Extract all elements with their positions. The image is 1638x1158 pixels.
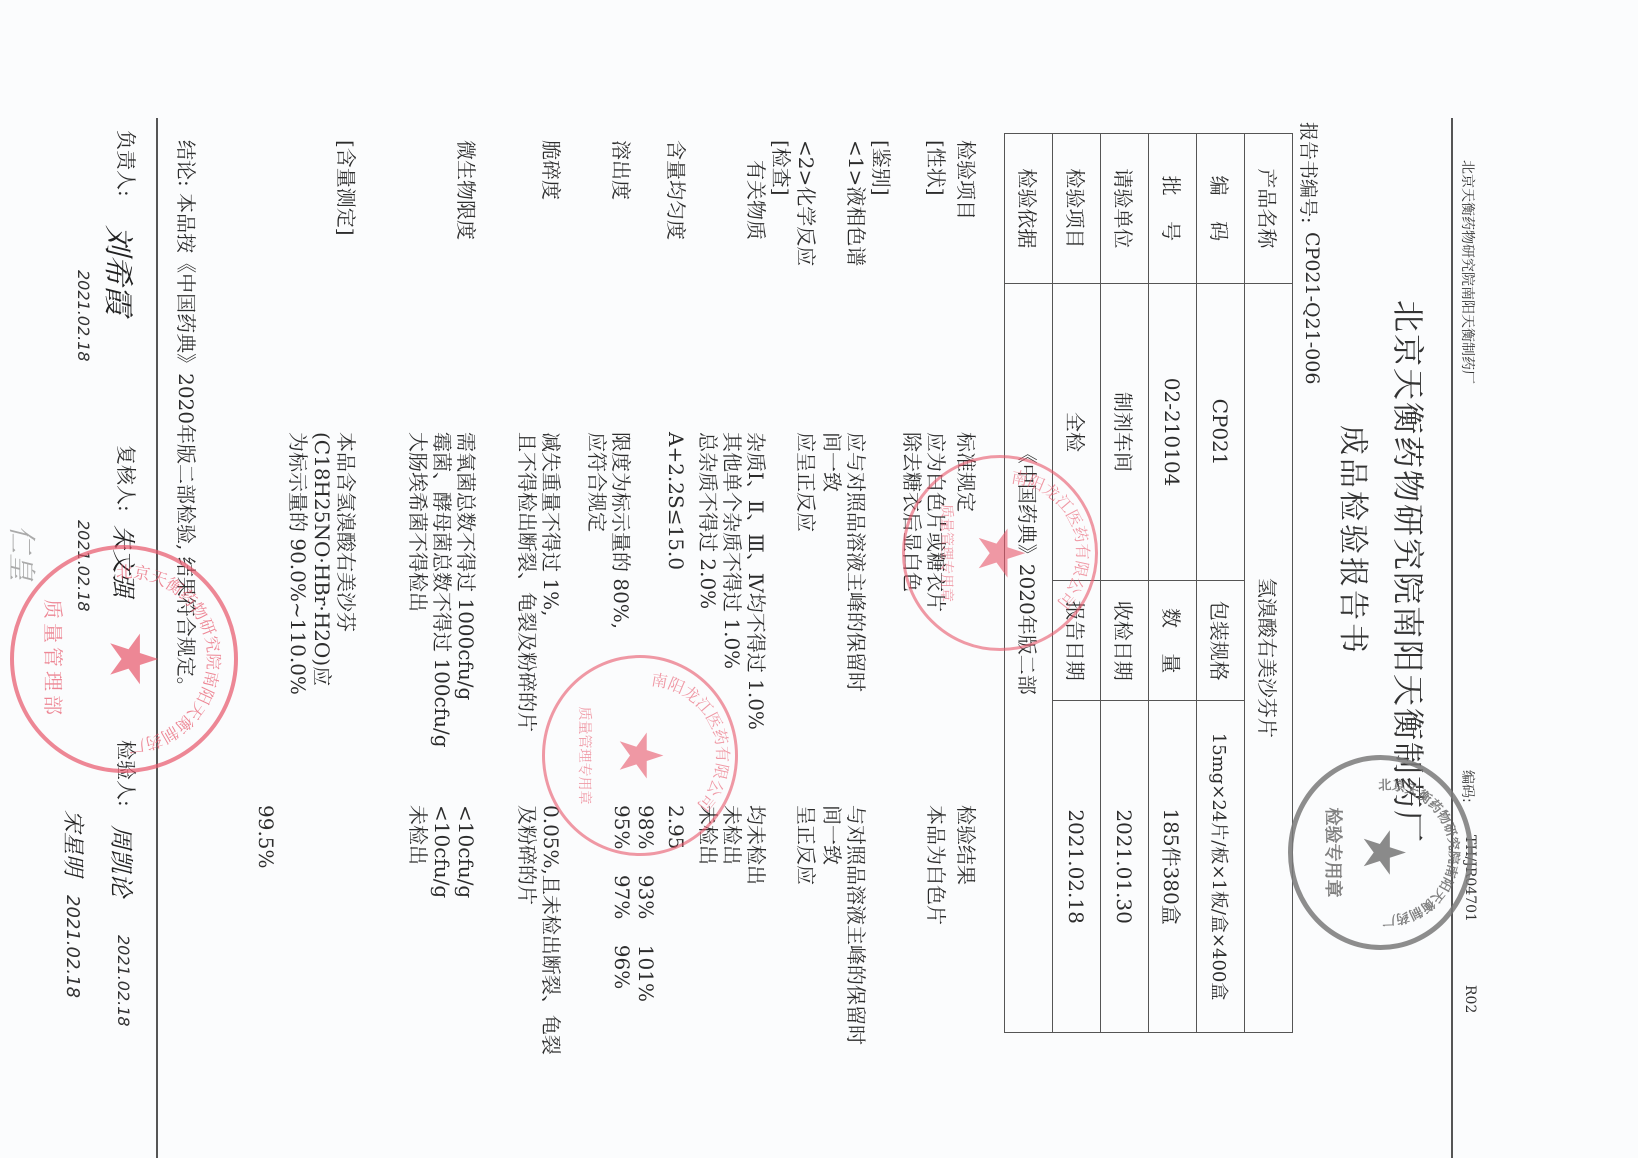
basis-value: 《中国药典》2020年版二部	[1005, 283, 1053, 1032]
result-line: 未检出	[406, 805, 430, 898]
margin-note: 仁皇	[3, 525, 43, 581]
standard-line: 需氧菌总数不得过 1000cfu/g	[454, 432, 478, 748]
result-value: 均未检出未检出未检出	[696, 805, 768, 885]
result-line: 98% 93% 101%	[634, 805, 658, 1002]
standard-line: 除去糖衣后显白色	[900, 432, 924, 612]
standard-line: (C18H25NO·HBr·H2O)应	[310, 432, 334, 695]
inspector2-signature: 宋星明	[59, 810, 90, 876]
result-item-label: 含量均匀度	[664, 140, 688, 240]
result-standard: 应与对照品溶液主峰的保留时间一致	[820, 432, 868, 692]
result-item-label: 微生物限度	[454, 140, 478, 240]
result-line: 呈正反应	[794, 805, 818, 885]
inspection-report-page: 北京天衡药物研究院南阳天衡制药厂 编码: TH/JR04701 R02 北京天衡…	[0, 0, 1638, 1158]
result-standard: 应呈正反应	[794, 432, 818, 532]
received-date-label: 收检日期	[1101, 581, 1149, 701]
standard-line: 应与对照品溶液主峰的保留时	[844, 432, 868, 692]
result-standard: 应为白色片或糖衣片除去糖衣后显白色	[900, 432, 948, 612]
header-code-label: 编码:	[1458, 770, 1478, 803]
standard-line: 应符合规定	[585, 432, 609, 629]
result-line: 99.5%	[254, 805, 278, 869]
info-table: 产品名称 氢溴酸右美沙芬片 编 码 CP021 包装规格 15mg×24片/板×…	[1004, 133, 1293, 1033]
code-label: 编 码	[1197, 134, 1245, 284]
page-subtitle: 成品检验报告书	[1334, 425, 1378, 656]
standard-line: 减失重量不得过 1%,	[539, 432, 563, 732]
result-item-label: [检查]	[769, 140, 793, 196]
header-rule	[1452, 118, 1454, 1158]
standard-line: 为标示量的 90.0%~110.0%	[286, 432, 310, 695]
result-item-label: [鉴别]	[869, 140, 893, 196]
requester-label: 请验单位	[1101, 134, 1149, 284]
result-line: 均未检出	[744, 805, 768, 885]
dissolution-seal-text: 质量管理专用章	[575, 658, 595, 853]
standard-line: 应为白色片或糖衣片	[924, 432, 948, 612]
quantity-value: 185件380盒	[1149, 701, 1197, 1033]
standard-line: A+2.2S≤15.0	[664, 432, 688, 570]
quantity-label: 数 量	[1149, 581, 1197, 701]
result-value: 99.5%	[254, 805, 278, 869]
test-items-label: 检验项目	[1053, 134, 1101, 284]
report-date-label: 报告日期	[1053, 581, 1101, 701]
result-item-label: [性状]	[924, 140, 948, 196]
result-value: 与对照品溶液主峰的保留时间一致	[820, 805, 868, 1045]
result-line: 及粉碎的片	[515, 805, 539, 1055]
result-value: 2.95	[664, 805, 688, 850]
result-standard: A+2.2S≤15.0	[664, 432, 688, 570]
batch-label: 批 号	[1149, 134, 1197, 284]
result-value: <10cfu/g<10cfu/g未检出	[406, 805, 478, 898]
standard-line: 杂质Ⅰ、Ⅱ、Ⅲ、Ⅳ均不得过 1.0%	[744, 432, 768, 730]
conclusion: 结论: 本品按《中国药典》2020年版二部检验, 结果符合规定。	[174, 140, 198, 697]
qa-seal-text: 质量管理部	[40, 549, 69, 769]
inspector-label: 检验人:	[114, 740, 138, 807]
result-value: 呈正反应	[794, 805, 818, 885]
standard-line: 且不得检出断裂、龟裂及粉碎的片	[515, 432, 539, 732]
result-item-label: [含量测定]	[334, 140, 358, 236]
result-standard: 需氧菌总数不得过 1000cfu/g霉菌、酵母菌总数不得过 100cfu/g大肠…	[406, 432, 478, 748]
report-date-value: 2021.02.18	[1053, 701, 1101, 1033]
standard-line: 大肠埃希菌不得检出	[406, 432, 430, 748]
result-item-label: <1>液相色谱	[844, 140, 868, 266]
product-name-value: 氢溴酸右美沙芬片	[1245, 283, 1293, 1032]
result-standard: 限度为标示量的 80%,应符合规定	[585, 432, 633, 629]
result-line: 与对照品溶液主峰的保留时	[844, 805, 868, 1045]
report-number: CP021-Q21-006	[1301, 232, 1323, 384]
result-line: 2.95	[664, 805, 688, 850]
header-code-value: TH/JR04701	[1462, 835, 1478, 922]
result-value: 本品为白色片	[924, 805, 948, 925]
reviewer-date: 2021.02.18	[74, 520, 93, 612]
code-value: CP021	[1197, 283, 1245, 580]
standard-line: 间一致	[820, 432, 844, 692]
standard-line: 本品含氢溴酸右美沙芬	[334, 432, 358, 695]
requester-value: 制剂车间	[1101, 283, 1149, 580]
result-line: 95% 97% 96%	[610, 805, 634, 1002]
report-number-label: 报告书编号:	[1296, 122, 1323, 223]
header-company: 北京天衡药物研究院南阳天衡制药厂	[1458, 160, 1478, 384]
received-date-value: 2021.01.30	[1101, 701, 1149, 1033]
col-header-item: 检验项目	[954, 140, 978, 220]
result-line: 0.05%,且未检出断裂、龟裂	[539, 805, 563, 1055]
package-label: 包装规格	[1197, 581, 1245, 701]
batch-value: 02-210104	[1149, 283, 1197, 580]
result-line: 间一致	[820, 805, 844, 1045]
standard-line: 其他单个杂质不得过 1.0%	[720, 432, 744, 730]
result-line: <10cfu/g	[430, 805, 454, 898]
inspector-signature: 周凯论	[106, 825, 141, 897]
footer-rule	[157, 118, 159, 1158]
col-header-standard: 标准规定	[954, 432, 978, 512]
responsible-label: 负责人:	[114, 130, 138, 197]
package-value: 15mg×24片/板×1板/盒×400盒	[1197, 701, 1245, 1033]
standard-line: 限度为标示量的 80%,	[609, 432, 633, 629]
reviewer-signature: 朱文强	[108, 525, 143, 597]
responsible-signature: 刘希霞	[99, 225, 143, 315]
product-name-label: 产品名称	[1245, 134, 1293, 284]
col-header-result: 检验结果	[954, 805, 978, 885]
inspection-seal-text: 检验专用章	[1321, 760, 1347, 945]
result-line: 未检出	[720, 805, 744, 885]
result-item-label: 溶出度	[609, 140, 633, 200]
result-value: 0.05%,且未检出断裂、龟裂及粉碎的片	[515, 805, 563, 1055]
result-item-label: 脆碎度	[539, 140, 563, 200]
result-standard: 本品含氢溴酸右美沙芬(C18H25NO·HBr·H2O)应为标示量的 90.0%…	[286, 432, 358, 695]
test-items-value: 全检	[1053, 283, 1101, 580]
page-title: 北京天衡药物研究院南阳天衡制药厂	[1387, 300, 1433, 844]
result-line: 本品为白色片	[924, 805, 948, 925]
result-item-label: <2>化学反应	[794, 140, 818, 266]
result-standard: 杂质Ⅰ、Ⅱ、Ⅲ、Ⅳ均不得过 1.0%其他单个杂质不得过 1.0%总杂质不得过 2…	[696, 432, 768, 730]
standard-line: 应呈正反应	[794, 432, 818, 532]
star-icon: ★	[94, 629, 171, 688]
standard-line: 霉菌、酵母菌总数不得过 100cfu/g	[430, 432, 454, 748]
reviewer-label: 复核人:	[114, 445, 138, 512]
result-line: 未检出	[696, 805, 720, 885]
star-icon: ★	[605, 729, 675, 783]
result-line: <10cfu/g	[454, 805, 478, 898]
result-value: 98% 93% 101%95% 97% 96%	[610, 805, 658, 1002]
inspection-seal-gray: 北京天衡药物研究院南阳天衡制药厂 ★ 检验专用章	[1288, 755, 1473, 950]
inspector2-date: 2021.02.18	[62, 895, 83, 998]
header-revision: R02	[1462, 985, 1478, 1013]
responsible-date: 2021.02.18	[74, 270, 93, 362]
result-standard: 减失重量不得过 1%,且不得检出断裂、龟裂及粉碎的片	[515, 432, 563, 732]
inspector-date: 2021.02.18	[114, 935, 133, 1027]
basis-label: 检验依据	[1005, 134, 1053, 284]
standard-line: 总杂质不得过 2.0%	[696, 432, 720, 730]
result-item-label: 有关物质	[744, 160, 768, 240]
